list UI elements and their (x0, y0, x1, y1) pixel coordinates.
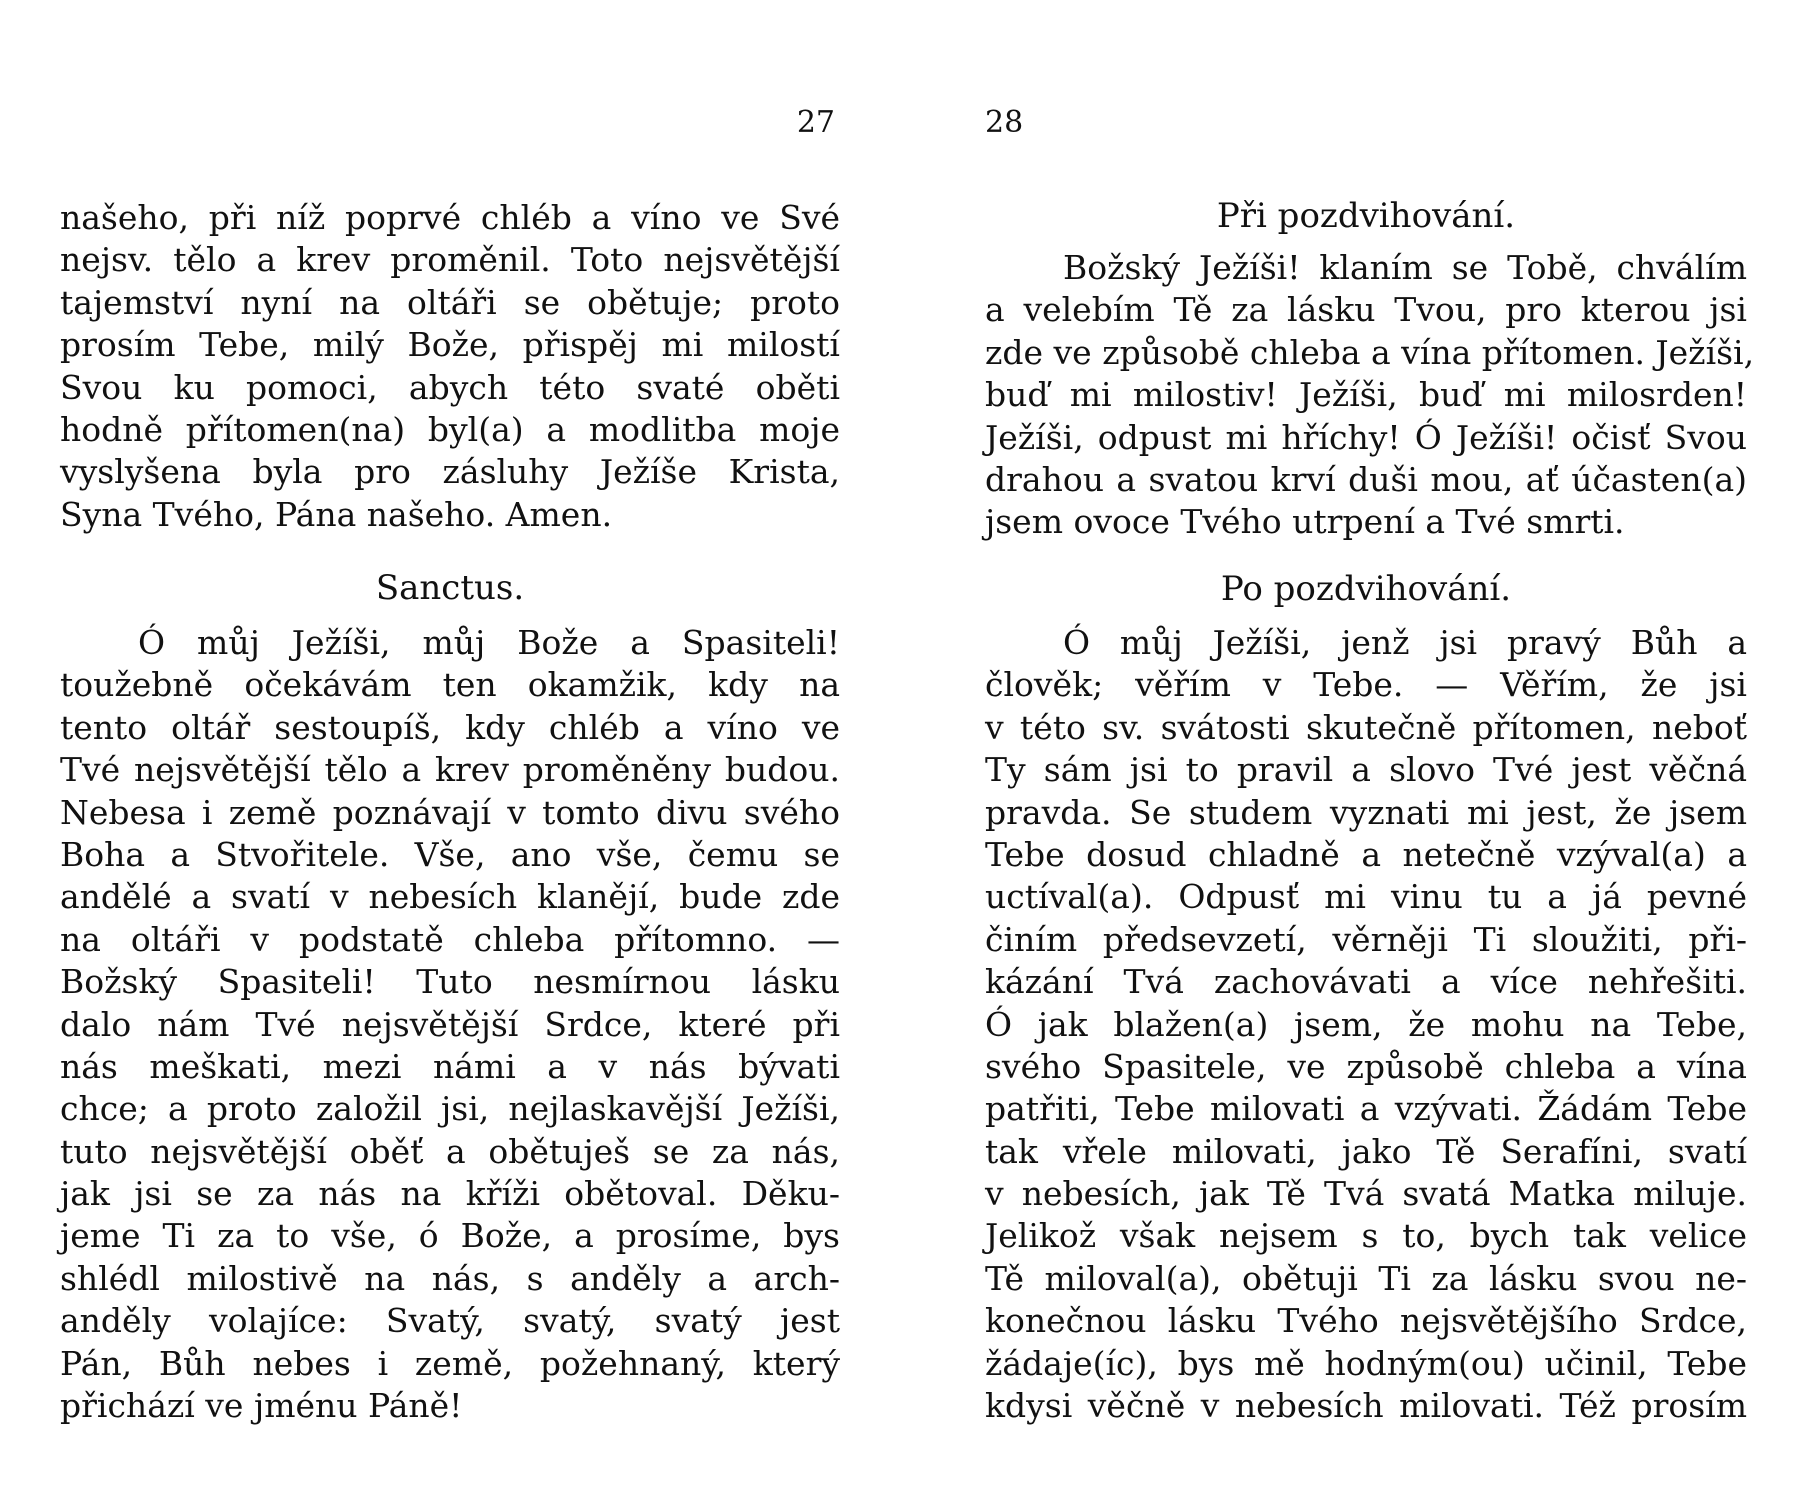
text-line: na oltáři v podstatě chleba přítomno. — (60, 919, 840, 961)
section-heading-po-pozdvihovani: Po pozdvihování. (985, 567, 1747, 611)
section-heading-pri-pozdvihovani: Při pozdvihování. (985, 194, 1747, 238)
section-heading-sanctus: Sanctus. (60, 566, 840, 610)
text-line: Syna Tvého, Pána našeho. Amen. (60, 494, 840, 536)
text-line: nejsv. tělo a krev proměnil. Toto nejsvě… (60, 239, 840, 281)
section-heading: Sanctus. (60, 566, 840, 610)
text-line: svého Spasitele, ve způsobě chleba a vín… (985, 1046, 1747, 1088)
text-line: buď mi milostiv! Ježíši, buď mi milosrde… (985, 374, 1747, 416)
text-line: a velebím Tě za lásku Tvou, pro kterou j… (985, 289, 1747, 331)
text-line: tento oltář sestoupíš, kdy chléb a víno … (60, 707, 840, 749)
text-line: andělé a svatí v nebesích klanějí, bude … (60, 876, 840, 918)
paragraph-sanctus: Ó můj Ježíši, můj Bože a Spasiteli! touž… (60, 622, 840, 1427)
text-line: činím předsevzetí, věrněji Ti sloužiti, … (985, 919, 1747, 961)
text-line: Tebe dosud chladně a netečně vzýval(a) a (985, 834, 1747, 876)
paragraph-po-pozdvihovani: Ó můj Ježíši, jenž jsi pravý Bůh a člově… (985, 622, 1747, 1427)
text-line: přichází ve jménu Páně! (60, 1385, 840, 1427)
text-line: Jelikož však nejsem s to, bych tak velic… (985, 1215, 1747, 1257)
text-line: pravda. Se studem vyznati mi jest, že js… (985, 792, 1747, 834)
text-line: jsem ovoce Tvého utrpení a Tvé smrti. (985, 501, 1747, 543)
left-page: 27 našeho, při níž poprvé chléb a víno v… (60, 0, 840, 1500)
text-line: chce; a proto založil jsi, nejlaskavější… (60, 1088, 840, 1130)
text-line: kdysi věčně v nebesích milovati. Též pro… (985, 1385, 1747, 1427)
text-line: tuto nejsvětější oběť a obětuješ se za n… (60, 1131, 840, 1173)
text-line: patřiti, Tebe milovati a vzývati. Žádám … (985, 1088, 1747, 1130)
text-line: nás meškati, mezi námi a v nás bývati (60, 1046, 840, 1088)
text-line: v nebesích, jak Tě Tvá svatá Matka miluj… (985, 1173, 1747, 1215)
text-line: Pán, Bůh nebes i země, požehnaný, který (60, 1343, 840, 1385)
text-line: Božský Spasiteli! Tuto nesmírnou lásku (60, 961, 840, 1003)
text-line: člověk; věřím v Tebe. — Věřím, že jsi (985, 664, 1747, 706)
text-line: hodně přítomen(na) byl(a) a modlitba moj… (60, 409, 840, 451)
text-line: jak jsi se za nás na kříži obětoval. Děk… (60, 1173, 840, 1215)
text-line: tajemství nyní na oltáři se obětuje; pro… (60, 282, 840, 324)
text-line: drahou a svatou krví duši mou, ať účaste… (985, 459, 1747, 501)
text-line: Tě miloval(a), obětuji Ti za lásku svou … (985, 1258, 1747, 1300)
text-line: Ty sám jsi to pravil a slovo Tvé jest vě… (985, 749, 1747, 791)
text-line: Ó jak blažen(a) jsem, že mohu na Tebe, (985, 1004, 1747, 1046)
text-line: v této sv. svátosti skutečně přítomen, n… (985, 707, 1747, 749)
text-line: konečnou lásku Tvého nejsvětějšího Srdce… (985, 1300, 1747, 1342)
text-line: Nebesa i země poznávají v tomto divu své… (60, 792, 840, 834)
text-line: kázání Tvá zachovávati a více nehřešiti. (985, 961, 1747, 1003)
text-line: dalo nám Tvé nejsvětější Srdce, které př… (60, 1004, 840, 1046)
text-line: shlédl milostivě na nás, s anděly a arch… (60, 1258, 840, 1300)
text-line: Tvé nejsvětější tělo a krev proměněny bu… (60, 749, 840, 791)
text-line: Svou ku pomoci, abych této svaté oběti (60, 367, 840, 409)
right-page: 28 Při pozdvihování. Božský Ježíši! klan… (985, 0, 1747, 1500)
page-number: 28 (985, 105, 1023, 141)
text-line: našeho, při níž poprvé chléb a víno ve S… (60, 197, 840, 239)
text-line: uctíval(a). Odpusť mi vinu tu a já pevné (985, 876, 1747, 918)
text-line: Božský Ježíši! klaním se Tobě, chválím (985, 247, 1747, 289)
page-number: 27 (797, 105, 835, 141)
text-line: žádaje(íc), bys mě hodným(ou) učinil, Te… (985, 1343, 1747, 1385)
text-line: jeme Ti za to vše, ó Bože, a prosíme, by… (60, 1215, 840, 1257)
paragraph-continuation: našeho, při níž poprvé chléb a víno ve S… (60, 197, 840, 536)
text-line: prosím Tebe, milý Bože, přispěj mi milos… (60, 324, 840, 366)
text-line: zde ve způsobě chleba a vína přítomen. J… (985, 332, 1747, 374)
text-line: anděly volajíce: Svatý, svatý, svatý jes… (60, 1300, 840, 1342)
text-line: toužebně očekávám ten okamžik, kdy na (60, 664, 840, 706)
text-line: vyslyšena byla pro zásluhy Ježíše Krista… (60, 451, 840, 493)
section-heading: Po pozdvihování. (985, 567, 1747, 611)
text-line: Ježíši, odpust mi hříchy! Ó Ježíši! očis… (985, 417, 1747, 459)
text-line: tak vřele milovati, jako Tě Serafíni, sv… (985, 1131, 1747, 1173)
text-line: Boha a Stvořitele. Vše, ano vše, čemu se (60, 834, 840, 876)
paragraph-pri-pozdvihovani: Božský Ježíši! klaním se Tobě, chválím a… (985, 247, 1747, 544)
text-line: Ó můj Ježíši, jenž jsi pravý Bůh a (985, 622, 1747, 664)
section-heading: Při pozdvihování. (985, 194, 1747, 238)
text-line: Ó můj Ježíši, můj Bože a Spasiteli! (60, 622, 840, 664)
